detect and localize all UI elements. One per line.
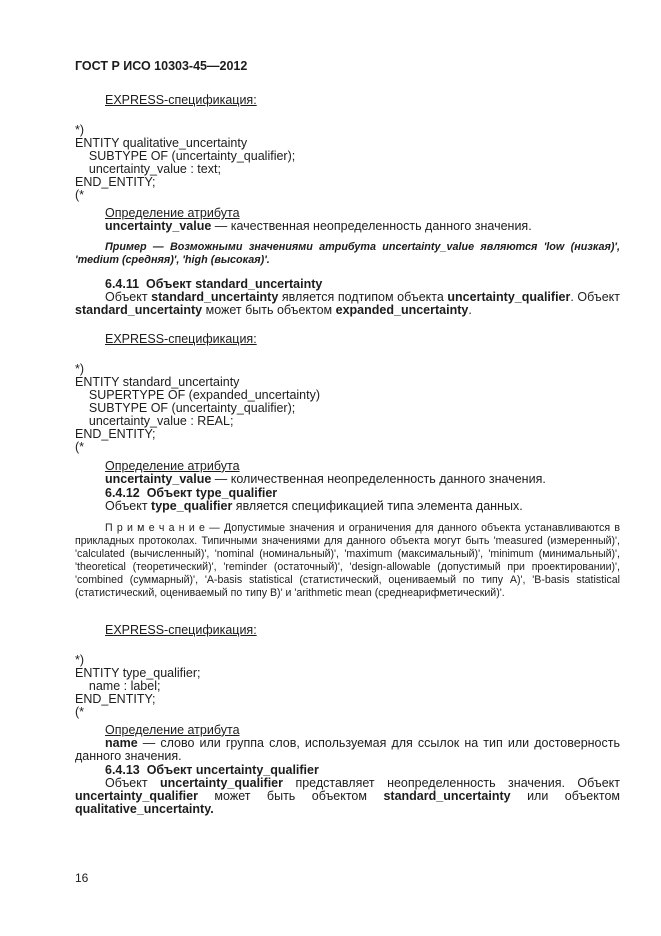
code-line: uncertainty_value : REAL; bbox=[75, 415, 620, 428]
text-fragment: expanded_uncertainty bbox=[336, 303, 469, 317]
code-line: END_ENTITY; bbox=[75, 693, 620, 706]
text-fragment: . Объект bbox=[570, 290, 620, 304]
attribute-definition-uncertainty-value-standard: uncertainty_value — количественная неопр… bbox=[75, 473, 620, 486]
text-fragment: uncertainty_qualifier bbox=[447, 290, 570, 304]
text-fragment: uncertainty_qualifier bbox=[75, 789, 198, 803]
code-line: name : label; bbox=[75, 680, 620, 693]
text-fragment: standard_uncertainty bbox=[383, 789, 510, 803]
text-fragment: qualitative_uncertainty. bbox=[75, 802, 214, 816]
text-fragment: может быть объектом bbox=[198, 789, 384, 803]
code-line: *) bbox=[75, 363, 620, 376]
code-line: uncertainty_value : text; bbox=[75, 163, 620, 176]
text-fragment: Объект bbox=[105, 290, 151, 304]
express-spec-label-3: EXPRESS-спецификация: bbox=[105, 624, 620, 637]
code-line: END_ENTITY; bbox=[75, 176, 620, 189]
code-line: (* bbox=[75, 189, 620, 202]
text-fragment: представляет неопределенность значения. … bbox=[283, 776, 620, 790]
code-line: (* bbox=[75, 441, 620, 454]
express-spec-label-1: EXPRESS-спецификация: bbox=[105, 94, 620, 107]
section-paragraph-6-4-13: Объект uncertainty_qualifier представляе… bbox=[75, 777, 620, 816]
text-fragment: — количественная неопределенность данног… bbox=[211, 472, 546, 486]
code-line: ENTITY type_qualifier; bbox=[75, 667, 620, 680]
text-fragment: name bbox=[105, 736, 138, 750]
text-fragment: uncertainty_value bbox=[105, 219, 211, 233]
text-fragment: type_qualifier bbox=[151, 499, 232, 513]
code-line: ENTITY standard_uncertainty bbox=[75, 376, 620, 389]
attribute-definition-name: name — слово или группа слов, используем… bbox=[75, 737, 620, 763]
text-fragment: — слово или группа слов, используемая дл… bbox=[75, 736, 620, 763]
text-fragment: или объектом bbox=[511, 789, 620, 803]
code-line: (* bbox=[75, 706, 620, 719]
code-line: END_ENTITY; bbox=[75, 428, 620, 441]
express-code-block-type-qualifier: *) ENTITY type_qualifier; name : label; … bbox=[75, 654, 620, 719]
example-paragraph: Пример — Возможными значениями атрибута … bbox=[75, 241, 620, 267]
code-line: SUBTYPE OF (uncertainty_qualifier); bbox=[75, 402, 620, 415]
note-paragraph: П р и м е ч а н и е — Допустимые значени… bbox=[75, 522, 620, 600]
document-header: ГОСТ Р ИСО 10303-45—2012 bbox=[75, 60, 620, 73]
text-fragment: является подтипом объекта bbox=[278, 290, 447, 304]
express-code-block-standard-uncertainty: *) ENTITY standard_uncertainty SUPERTYPE… bbox=[75, 363, 620, 454]
code-line: SUPERTYPE OF (expanded_uncertainty) bbox=[75, 389, 620, 402]
text-fragment: — качественная неопределенность данного … bbox=[211, 219, 531, 233]
code-line: *) bbox=[75, 654, 620, 667]
document-page: ГОСТ Р ИСО 10303-45—2012 EXPRESS-специфи… bbox=[0, 0, 661, 936]
express-spec-label-2: EXPRESS-спецификация: bbox=[105, 333, 620, 346]
text-fragment: uncertainty_qualifier bbox=[160, 776, 283, 790]
text-fragment: standard_uncertainty bbox=[151, 290, 278, 304]
text-fragment: uncertainty_value bbox=[105, 472, 211, 486]
text-fragment: . bbox=[468, 303, 471, 317]
express-code-block-qualitative-uncertainty: *) ENTITY qualitative_uncertainty SUBTYP… bbox=[75, 124, 620, 202]
section-paragraph-6-4-12: Объект type_qualifier является специфика… bbox=[75, 500, 620, 513]
text-fragment: standard_uncertainty bbox=[75, 303, 202, 317]
text-fragment: является спецификацией типа элемента дан… bbox=[232, 499, 522, 513]
section-paragraph-6-4-11: Объект standard_uncertainty является под… bbox=[75, 291, 620, 317]
text-fragment: может быть объектом bbox=[202, 303, 336, 317]
page-number: 16 bbox=[75, 872, 88, 885]
attribute-definition-uncertainty-value-qualitative: uncertainty_value — качественная неопред… bbox=[75, 220, 620, 233]
text-fragment: Объект bbox=[105, 776, 160, 790]
text-fragment: Объект bbox=[105, 499, 151, 513]
